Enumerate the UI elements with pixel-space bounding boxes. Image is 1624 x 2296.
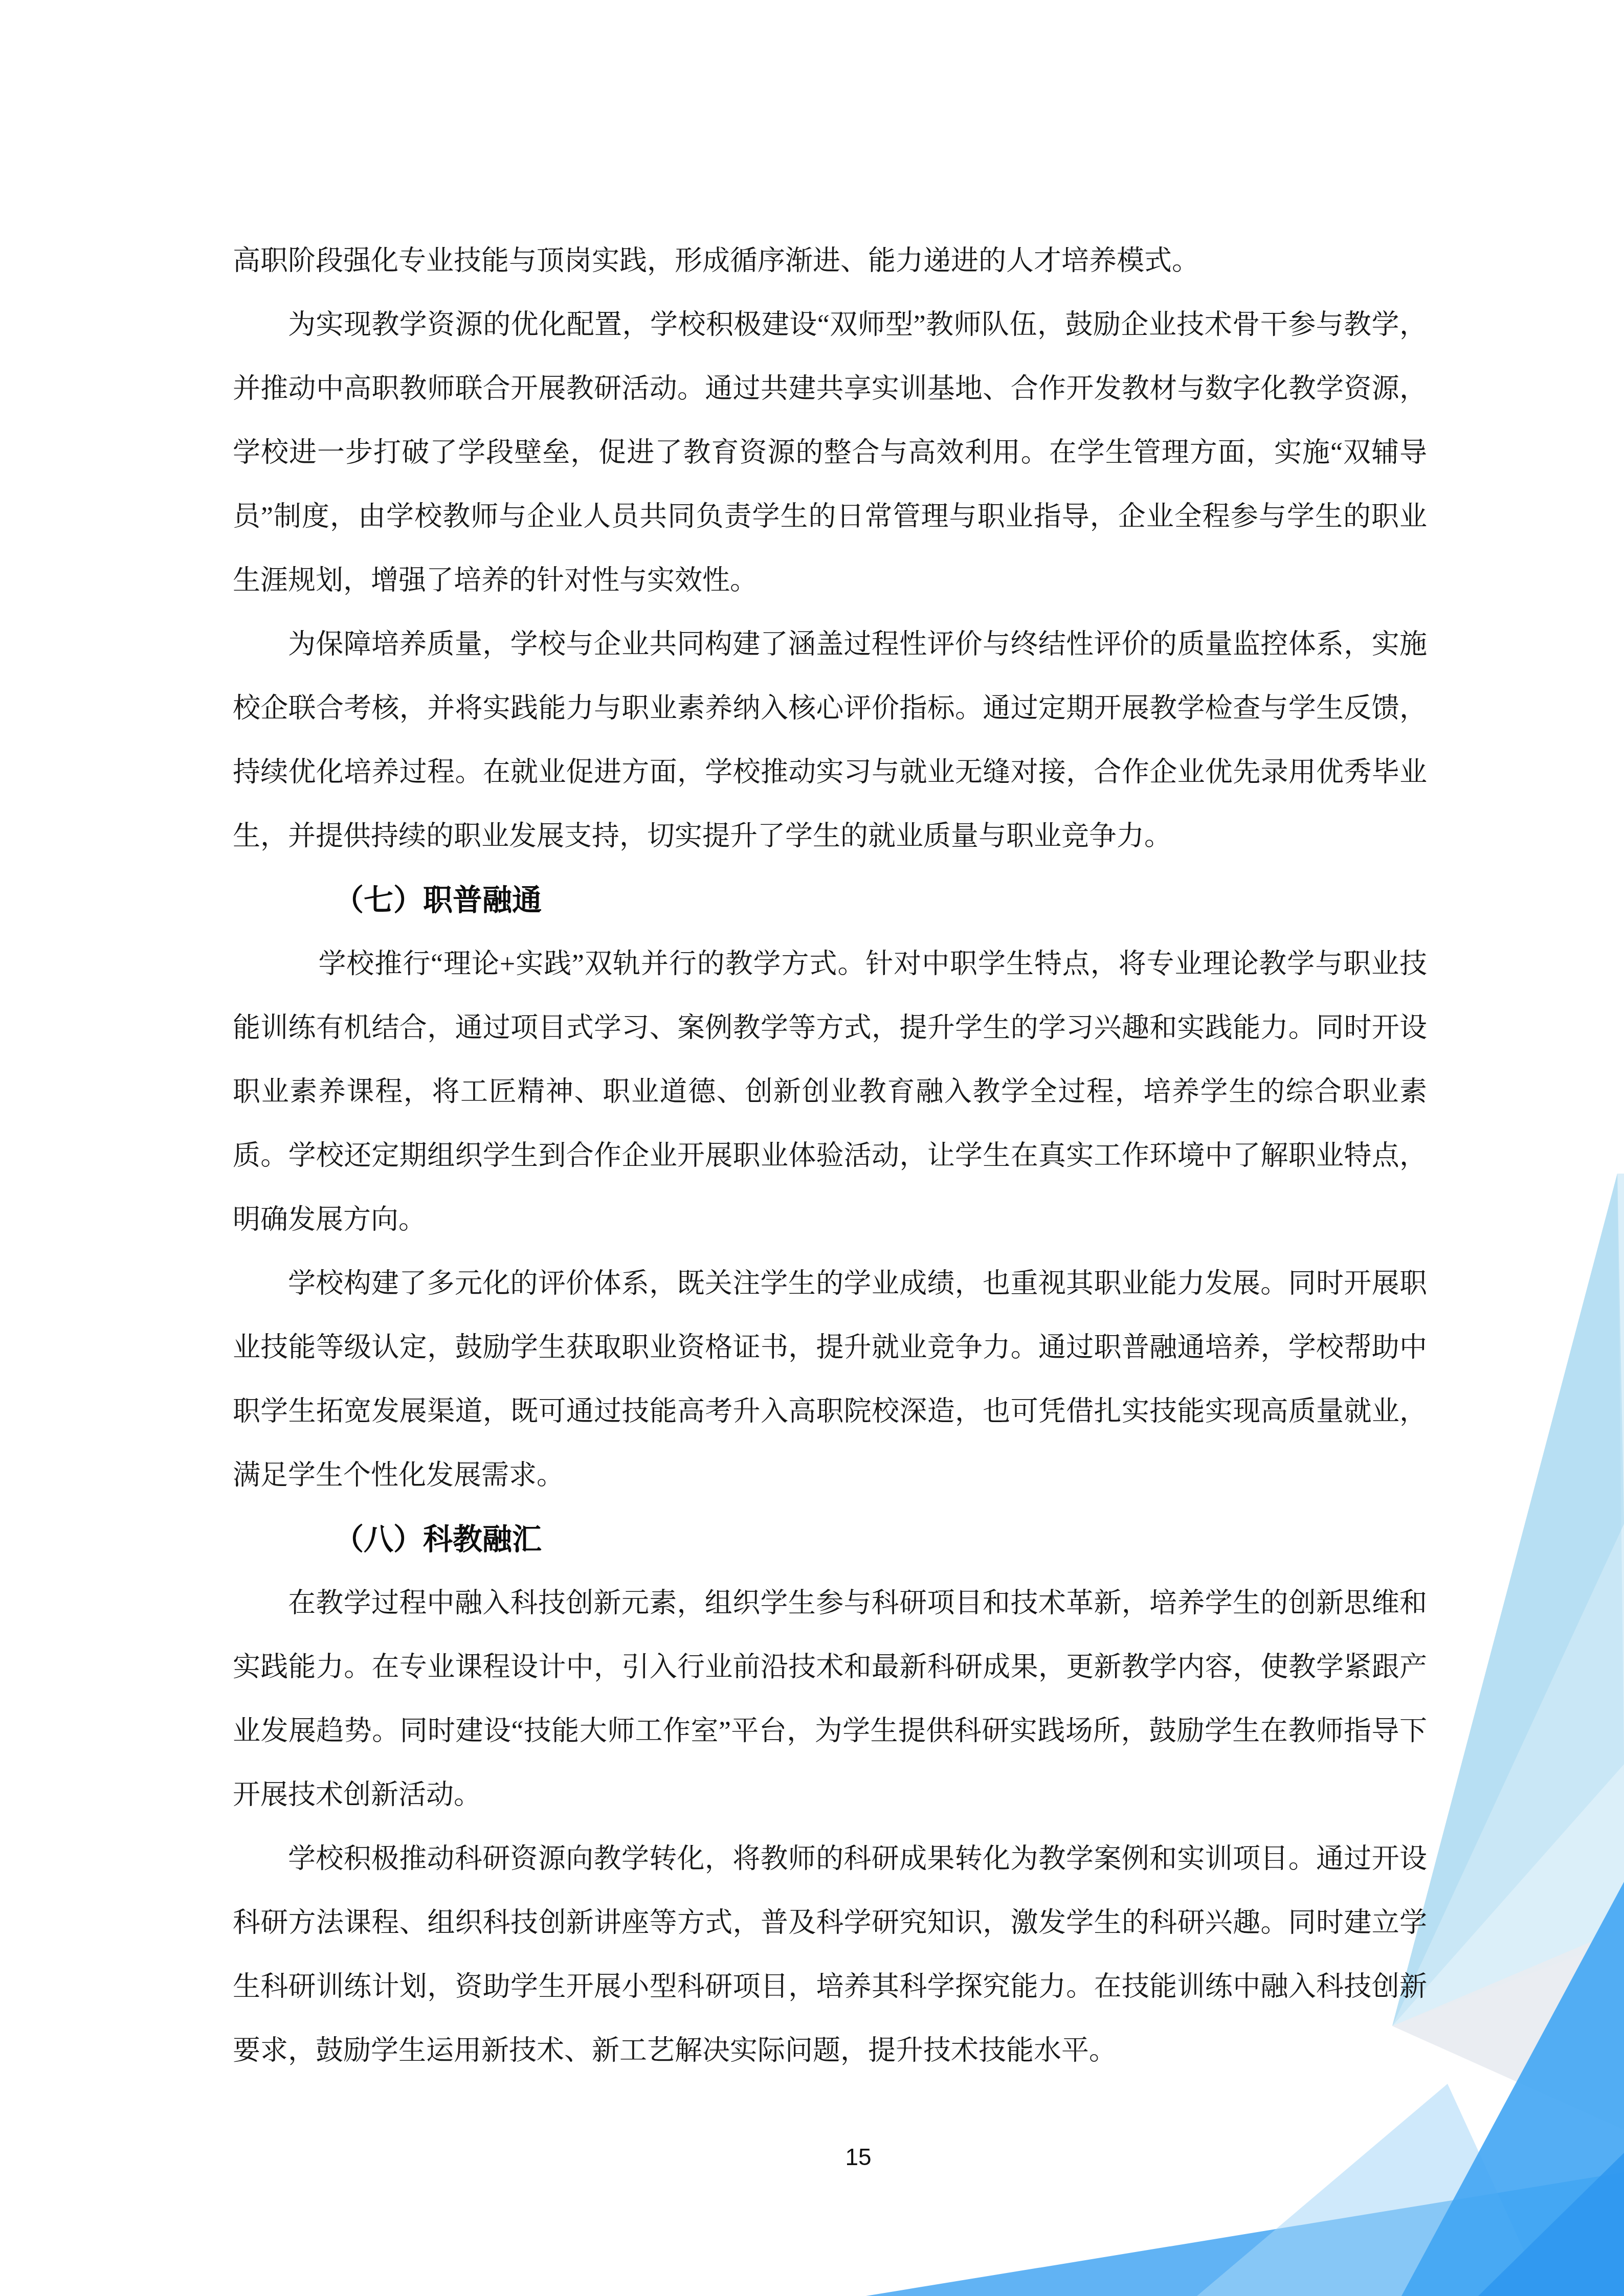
body-paragraph: 高职阶段强化专业技能与顶岗实践，形成循序渐进、能力递进的人才培养模式。 <box>233 229 1427 293</box>
document-page: 高职阶段强化专业技能与顶岗实践，形成循序渐进、能力递进的人才培养模式。为实现教学… <box>0 0 1624 2296</box>
text-column: 高职阶段强化专业技能与顶岗实践，形成循序渐进、能力递进的人才培养模式。为实现教学… <box>233 229 1427 2083</box>
section-heading: （七）职普融通 <box>334 868 1427 932</box>
body-paragraph: 学校构建了多元化的评价体系，既关注学生的学业成绩，也重视其职业能力发展。同时开展… <box>233 1252 1427 1507</box>
decor-bottom-light-triangle <box>1197 2084 1545 2296</box>
body-paragraph: 学校推行“理论+实践”双轨并行的教学方式。针对中职学生特点，将专业理论教学与职业… <box>233 932 1427 1252</box>
page-number: 15 <box>845 2142 871 2172</box>
section-heading: （八）科教融汇 <box>334 1507 1427 1571</box>
decor-bottom-blue-band <box>866 2172 1624 2296</box>
body-paragraph: 在教学过程中融入科技创新元素，组织学生参与科研项目和技术革新，培养学生的创新思维… <box>233 1571 1427 1827</box>
body-paragraph: 学校积极推动科研资源向教学转化，将教师的科研成果转化为教学案例和实训项目。通过开… <box>233 1827 1427 2083</box>
body-paragraph: 为实现教学资源的优化配置，学校积极建设“双师型”教师队伍，鼓励企业技术骨干参与教… <box>233 293 1427 613</box>
decor-corner-deep-triangle <box>1478 2153 1624 2296</box>
decor-right-blue-wedge <box>1401 1882 1624 2296</box>
body-paragraph: 为保障培养质量，学校与企业共同构建了涵盖过程性评价与终结性评价的质量监控体系，实… <box>233 613 1427 868</box>
